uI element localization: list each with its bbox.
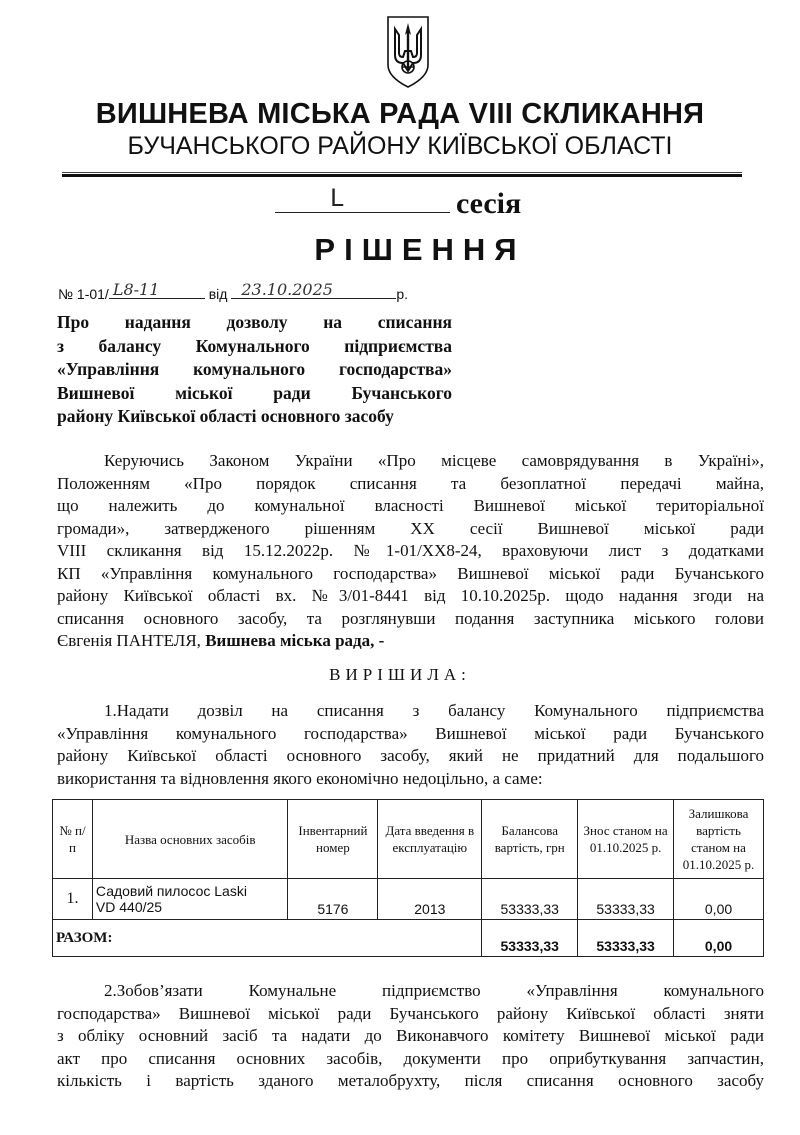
header-inventory-number: Інвентарний номер	[288, 800, 378, 879]
preamble-line: Положенням «Про порядок списання та безо…	[57, 473, 764, 496]
preamble-line: Керуючись Законом України «Про місцеве с…	[57, 450, 764, 473]
session-number-handwritten: L	[330, 184, 343, 212]
header-asset-name: Назва основних засобів	[92, 800, 288, 879]
decision-document-page: ВИШНЕВА МІСЬКА РАДА VIII СКЛИКАННЯ БУЧАН…	[0, 0, 800, 1135]
registration-line: № 1-01/L8-11 від 23.10.2025р.	[58, 282, 408, 302]
asset-name-line1: Садовий пилосос Laski	[96, 883, 247, 899]
preamble-line: району Київської області вх. №3/01-8441 …	[57, 585, 764, 608]
table-row: 1. Садовий пилосос LaskiVD 440/25 5176 2…	[53, 879, 764, 920]
registration-number-field: L8-11	[109, 282, 205, 299]
row-depreciation: 53333,33	[578, 879, 674, 920]
row-asset-name: Садовий пилосос LaskiVD 440/25	[92, 879, 288, 920]
document-type-title: РІШЕННЯ	[0, 232, 800, 268]
row-commissioning-year: 2013	[378, 879, 482, 920]
table-total-row: РАЗОМ: 53333,33 53333,33 0,00	[53, 920, 764, 957]
registration-number-prefix: № 1-01/	[58, 286, 109, 302]
session-number-field: L	[275, 186, 450, 213]
item-2-line: 2.Зобов’язати Комунальне підприємство «У…	[57, 980, 764, 1003]
header-index: № п/п	[53, 800, 93, 879]
date-field: 23.10.2025	[231, 282, 396, 299]
asset-name-line2: VD 440/25	[96, 899, 162, 915]
table-header-row: № п/п Назва основних засобів Інвентарний…	[53, 800, 764, 879]
date-handwritten: 23.10.2025	[241, 280, 333, 299]
ukraine-coat-of-arms-icon	[385, 15, 431, 89]
council-region: БУЧАНСЬКОГО РАЙОНУ КИЇВСЬКОЇ ОБЛАСТІ	[0, 132, 800, 161]
row-book-value: 53333,33	[482, 879, 578, 920]
header-residual-value: Залишкова вартість станом на 01.10.2025 …	[674, 800, 764, 879]
preamble-line: що належить до комунальної власності Виш…	[57, 495, 764, 518]
subject-line: «Управління комунального господарства»	[57, 358, 452, 382]
subject-line: району Київської області основного засоб…	[57, 405, 452, 429]
subject-line: Вишневої міської ради Бучанського	[57, 382, 452, 406]
header-commissioning-date: Дата введення в експлуатацію	[378, 800, 482, 879]
preamble-line: VIII скликання від 15.12.2022р. №1-01/XX…	[57, 540, 764, 563]
date-suffix: р.	[396, 286, 408, 302]
decision-subject: Про надання дозволу на списання з баланс…	[57, 311, 452, 429]
preamble-line: списання основного засобу, та розглянувш…	[57, 608, 764, 631]
item-2-line: акт про списання основних засобів, докум…	[57, 1048, 764, 1071]
assets-table: № п/п Назва основних засобів Інвентарний…	[52, 799, 764, 957]
item-1-line: використання та відновлення якого економ…	[57, 768, 764, 791]
header-book-value: Балансова вартість, грн	[482, 800, 578, 879]
subject-line: з балансу Комунального підприємства	[57, 335, 452, 359]
header-divider-thick	[62, 174, 742, 177]
row-inventory-number: 5176	[288, 879, 378, 920]
total-label: РАЗОМ:	[53, 920, 482, 957]
item-1-line: 1.Надати дозвіл на списання з балансу Ко…	[57, 700, 764, 723]
item-2-line: з обліку основний засіб та надати до Вик…	[57, 1025, 764, 1048]
item-1-paragraph: 1.Надати дозвіл на списання з балансу Ко…	[57, 700, 764, 790]
total-depreciation: 53333,33	[578, 920, 674, 957]
row-index: 1.	[53, 879, 93, 920]
preamble-line: громади», затвердженого рішенням XX сесі…	[57, 518, 764, 541]
session-label: сесія	[456, 187, 521, 220]
session-line: Lсесія	[275, 186, 521, 221]
preamble-presenter: Євгенія ПАНТЕЛЯ,	[57, 631, 205, 650]
date-label: від	[209, 286, 228, 302]
preamble-paragraph: Керуючись Законом України «Про місцеве с…	[57, 450, 764, 653]
total-book-value: 53333,33	[482, 920, 578, 957]
item-2-line: кількість і вартість зданого металобрухт…	[57, 1070, 764, 1093]
header-depreciation: Знос станом на 01.10.2025 р.	[578, 800, 674, 879]
item-2-paragraph: 2.Зобов’язати Комунальне підприємство «У…	[57, 980, 764, 1093]
subject-line: Про надання дозволу на списання	[57, 311, 452, 335]
item-1-line: «Управління комунального господарства» В…	[57, 723, 764, 746]
preamble-line: КП «Управління комунального господарства…	[57, 563, 764, 586]
item-1-line: району Київської області основного засоб…	[57, 745, 764, 768]
resolved-heading: ВИРІШИЛА:	[0, 665, 800, 685]
registration-number-handwritten: L8-11	[113, 280, 160, 299]
preamble-last-line: Євгенія ПАНТЕЛЯ, Вишнева міська рада, -	[57, 630, 764, 653]
council-name: ВИШНЕВА МІСЬКА РАДА VIII СКЛИКАННЯ	[0, 98, 800, 131]
row-residual-value: 0,00	[674, 879, 764, 920]
total-residual-value: 0,00	[674, 920, 764, 957]
preamble-council-bold: Вишнева міська рада, -	[205, 631, 384, 650]
header-divider-thin	[62, 172, 742, 173]
item-2-line: господарства» Вишневої міської ради Буча…	[57, 1003, 764, 1026]
